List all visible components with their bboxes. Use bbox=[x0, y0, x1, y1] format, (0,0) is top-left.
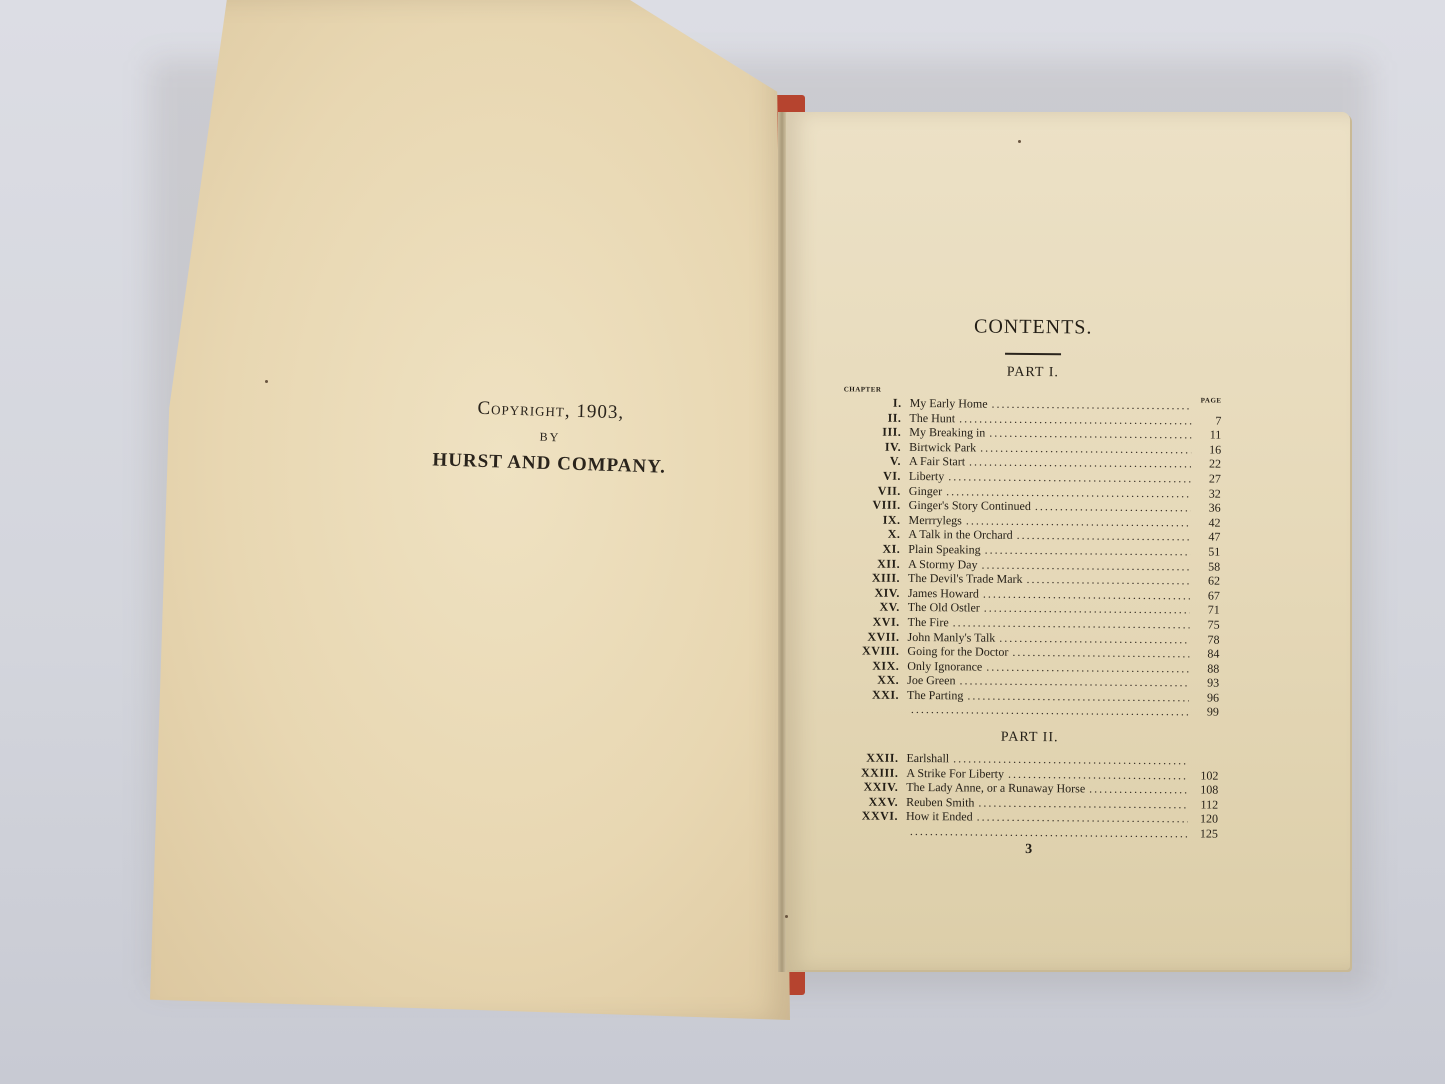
chapter-page: 75 bbox=[1194, 617, 1220, 632]
chapter-page: 96 bbox=[1193, 690, 1219, 705]
chapter-title: Joe Green bbox=[907, 673, 955, 688]
chapter-title: My Breaking in bbox=[909, 425, 985, 441]
chapter-number: XIX. bbox=[841, 658, 907, 674]
chapter-page: 22 bbox=[1195, 457, 1221, 472]
chapter-number: X. bbox=[842, 527, 908, 543]
chapter-title: Ginger bbox=[909, 483, 942, 498]
table-of-contents: CONTENTS. PART I. CHAPTER PAGE I.My Earl… bbox=[840, 314, 1223, 859]
part-1-chapter-list: I.My Early HomeII.The Hunt7III.My Breaki… bbox=[841, 395, 1222, 719]
chapter-page: 16 bbox=[1195, 442, 1221, 457]
chapter-title: A Talk in the Orchard bbox=[908, 527, 1012, 543]
chapter-title: How it Ended bbox=[906, 809, 973, 825]
title-rule bbox=[1005, 353, 1061, 355]
chapter-page: 32 bbox=[1195, 486, 1221, 501]
chapter-number: I. bbox=[844, 395, 910, 411]
chapter-page: 62 bbox=[1194, 574, 1220, 589]
part-heading: PART I. bbox=[844, 363, 1222, 382]
chapter-number: XII. bbox=[842, 556, 908, 572]
chapter-page: 125 bbox=[1192, 826, 1218, 841]
chapter-number: VII. bbox=[843, 483, 909, 499]
chapter-number: XXIII. bbox=[840, 765, 906, 781]
chapter-page: 11 bbox=[1195, 428, 1221, 443]
chapter-number: XI. bbox=[842, 541, 908, 557]
chapter-page: 36 bbox=[1195, 501, 1221, 516]
chapter-page: 88 bbox=[1193, 661, 1219, 676]
chapter-title: James Howard bbox=[908, 586, 979, 602]
chapter-page: 112 bbox=[1192, 797, 1218, 812]
chapter-title: Liberty bbox=[909, 469, 944, 484]
part-2-chapter-list: XXII.EarlshallXXIII.A Strike For Liberty… bbox=[840, 750, 1219, 841]
paper-spot bbox=[1018, 140, 1021, 143]
chapter-page: 27 bbox=[1195, 471, 1221, 486]
chapter-number: XIV. bbox=[842, 585, 908, 601]
chapter-title: The Hunt bbox=[909, 411, 955, 426]
chapter-title: Only Ignorance bbox=[907, 659, 982, 675]
chapter-column-label: CHAPTER bbox=[844, 385, 882, 393]
chapter-page: 58 bbox=[1194, 559, 1220, 574]
chapter-number: XVI. bbox=[842, 614, 908, 630]
chapter-number: XXII. bbox=[840, 750, 906, 766]
chapter-page: 120 bbox=[1192, 812, 1218, 827]
chapter-title: The Parting bbox=[907, 688, 963, 703]
chapter-number: XXI. bbox=[841, 687, 907, 703]
chapter-title: The Old Ostler bbox=[908, 600, 980, 616]
chapter-title: John Manly's Talk bbox=[907, 629, 995, 645]
paper-spot bbox=[265, 380, 268, 383]
chapter-page: 51 bbox=[1194, 544, 1220, 559]
chapter-title: Earlshall bbox=[906, 751, 949, 766]
chapter-page: 7 bbox=[1195, 413, 1221, 428]
chapter-page: 47 bbox=[1194, 530, 1220, 545]
chapter-number: XX. bbox=[841, 673, 907, 689]
copyright-notice: Copyright, 1903, BY HURST AND COMPANY. bbox=[399, 395, 701, 479]
contents-title: CONTENTS. bbox=[844, 314, 1222, 340]
toc-entry: XXVI.How it Ended120 bbox=[840, 809, 1218, 827]
chapter-number: V. bbox=[843, 454, 909, 470]
by-line: BY bbox=[400, 425, 700, 449]
chapter-title: The Fire bbox=[908, 615, 949, 630]
chapter-page: 42 bbox=[1195, 515, 1221, 530]
dot-leader bbox=[910, 824, 1188, 841]
chapter-number: IV. bbox=[843, 439, 909, 455]
chapter-number bbox=[840, 834, 906, 835]
page-column-label: PAGE bbox=[1201, 396, 1222, 404]
chapter-number: II. bbox=[843, 410, 909, 426]
chapter-number: XXIV. bbox=[840, 780, 906, 796]
dot-leader bbox=[1089, 782, 1188, 798]
part-heading: PART II. bbox=[841, 728, 1219, 747]
chapter-number: XXVI. bbox=[840, 809, 906, 825]
toc-entry: XXI.The Parting96 bbox=[841, 687, 1219, 705]
chapter-number: III. bbox=[843, 425, 909, 441]
paper-spot bbox=[785, 915, 788, 918]
chapter-title: A Strike For Liberty bbox=[906, 766, 1004, 782]
page-number: 3 bbox=[840, 840, 1218, 859]
chapter-number: VI. bbox=[843, 468, 909, 484]
chapter-page: 99 bbox=[1193, 705, 1219, 720]
chapter-title: A Fair Start bbox=[909, 454, 965, 469]
chapter-title: Reuben Smith bbox=[906, 795, 974, 811]
chapter-number: XIII. bbox=[842, 570, 908, 586]
chapter-title: Going for the Doctor bbox=[907, 644, 1008, 660]
chapter-page: 84 bbox=[1193, 647, 1219, 662]
left-page bbox=[150, 0, 790, 1020]
chapter-title: The Devil's Trade Mark bbox=[908, 571, 1023, 587]
chapter-page: 78 bbox=[1193, 632, 1219, 647]
chapter-title: Birtwick Park bbox=[909, 440, 976, 456]
chapter-number: XXV. bbox=[840, 794, 906, 810]
chapter-title: Merrrylegs bbox=[909, 513, 962, 528]
chapter-number bbox=[841, 713, 907, 714]
chapter-page: 108 bbox=[1192, 783, 1218, 798]
chapter-page: 67 bbox=[1194, 588, 1220, 603]
chapter-page: 102 bbox=[1192, 768, 1218, 783]
toc-entry: 125 bbox=[840, 823, 1218, 841]
chapter-page: 93 bbox=[1193, 676, 1219, 691]
chapter-number: XVIII. bbox=[841, 643, 907, 659]
chapter-number: VIII. bbox=[843, 498, 909, 514]
chapter-title: Ginger's Story Continued bbox=[909, 498, 1031, 514]
chapter-number: IX. bbox=[843, 512, 909, 528]
book-gutter bbox=[778, 112, 786, 972]
chapter-title: Plain Speaking bbox=[908, 542, 980, 558]
chapter-number: XVII. bbox=[841, 629, 907, 645]
chapter-title: A Stormy Day bbox=[908, 556, 977, 572]
chapter-page: 71 bbox=[1194, 603, 1220, 618]
toc-entry: 99 bbox=[841, 702, 1219, 720]
dot-leader bbox=[911, 702, 1189, 719]
chapter-number: XV. bbox=[842, 600, 908, 616]
chapter-title: My Early Home bbox=[910, 396, 988, 412]
